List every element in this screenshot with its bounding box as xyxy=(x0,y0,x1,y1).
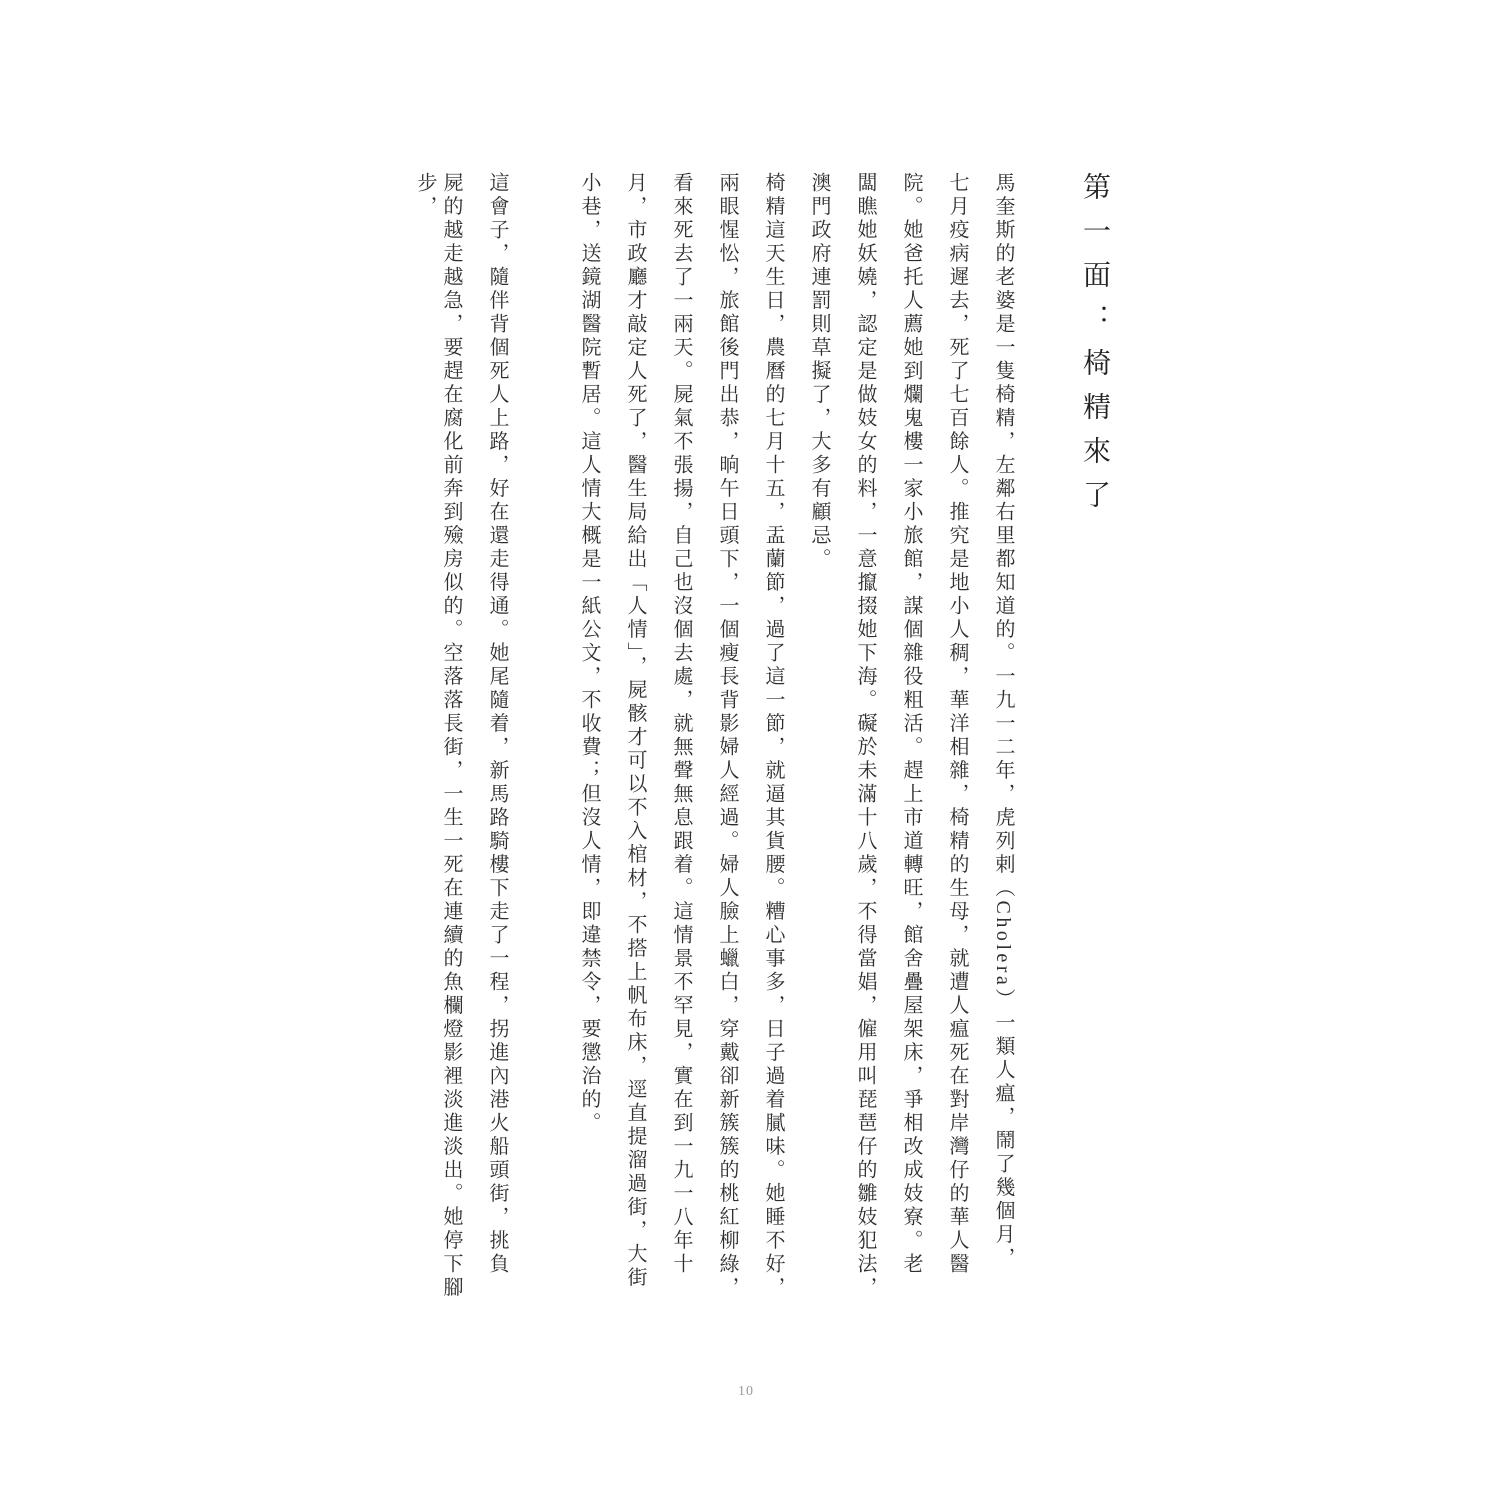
text-column: 院。她爸托人薦她到爛鬼樓一家小旅館，謀個雜役粗活。趕上市道轉旺，館舍疊屋架床，爭… xyxy=(898,172,924,1322)
text-column: 七月疫病遲去，死了七百餘人。推究是地小人稠，華洋相雜，椅精的生母，就遭人瘟死在對… xyxy=(944,172,970,1322)
text-column: 看來死去了一兩天。屍氣不張揚，自己也沒個去處，就無聲無息跟着。這情景不罕見，實在… xyxy=(668,172,694,1322)
book-page: 第一面：椅精來了 馬奎斯的老婆是一隻椅精，左鄰右里都知道的。一九一二年，虎列剌（… xyxy=(0,0,1500,1500)
text-column: 小巷，送鏡湖醫院暫居。這人情大概是一紙公文，不收費；但沒人情，即違禁令，要懲治的… xyxy=(576,172,602,1322)
text-column: 兩眼惺忪，旅館後門出恭，晌午日頭下，一個瘦長背影婦人經過。婦人臉上蠟白，穿戴卻新… xyxy=(714,172,740,1322)
page-number: 10 xyxy=(738,1384,754,1400)
text-column: 椅精這天生日，農曆的七月十五，盂蘭節，過了這一節，就逼其貨腰。糟心事多，日子過着… xyxy=(760,172,786,1322)
text-column: 闆瞧她妖嬈，認定是做妓女的料，一意攛掇她下海。礙於未滿十八歲，不得當娼，僱用叫琵… xyxy=(852,172,878,1322)
text-column: 澳門政府連罰則草擬了，大多有顧忌。 xyxy=(806,172,832,1322)
text-column: 屍的越走越急，要趕在腐化前奔到殮房似的。空落落長街，一生一死在連續的魚欄燈影裡淡… xyxy=(438,172,464,1322)
chapter-title: 第一面：椅精來了 xyxy=(1074,172,1114,1322)
text-column: 月，市政廳才敲定人死了，醫生局給出「人情」，屍骸才可以不入棺材，不搭上帆布床，逕… xyxy=(622,172,648,1322)
text-column: 這會子，隨伴背個死人上路，好在還走得通。她尾隨着，新馬路騎樓下走了一程，拐進內港… xyxy=(484,172,510,1322)
text-column: 馬奎斯的老婆是一隻椅精，左鄰右里都知道的。一九一二年，虎列剌（Cholera）一… xyxy=(990,172,1016,1322)
vertical-text-block: 第一面：椅精來了 馬奎斯的老婆是一隻椅精，左鄰右里都知道的。一九一二年，虎列剌（… xyxy=(418,172,1114,1322)
